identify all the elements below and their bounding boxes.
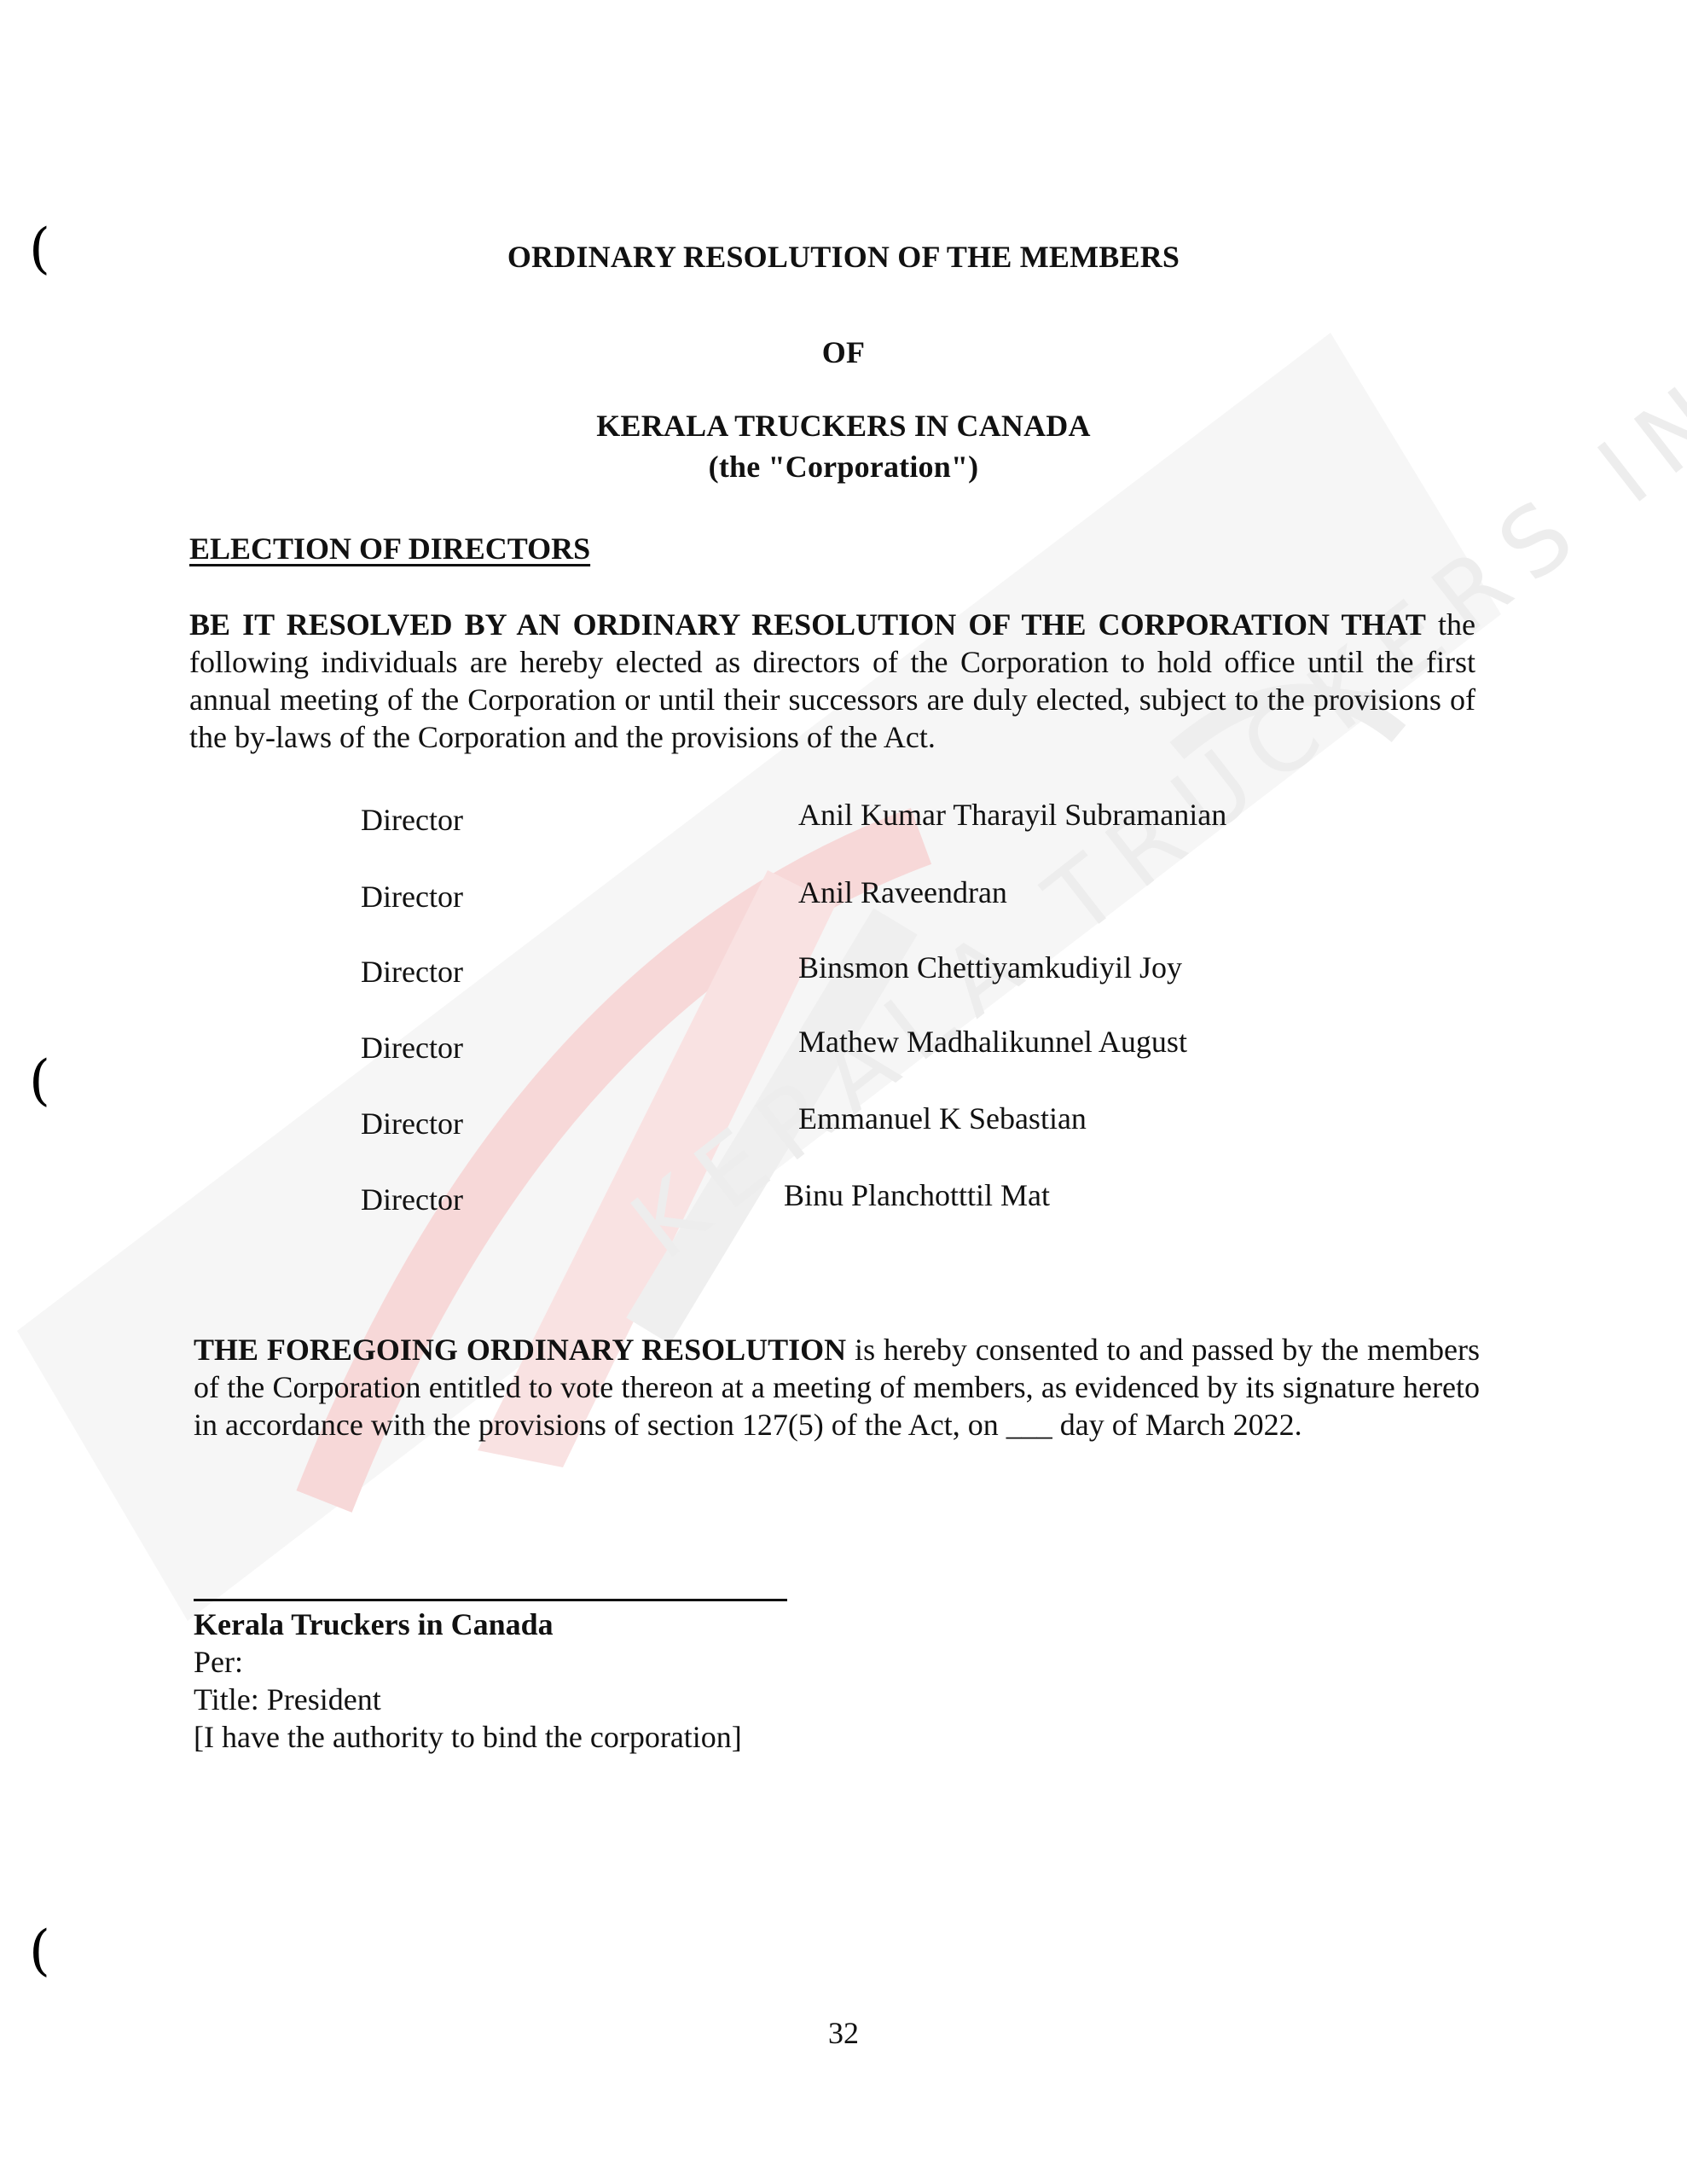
- director-name: Mathew Madhalikunnel August: [798, 1024, 1187, 1060]
- signature-line: [194, 1599, 787, 1601]
- corporation-alias: (the "Corporation"): [0, 449, 1687, 485]
- watermark-logo-icon: KERALA TRUCKERS IN CANADA: [0, 0, 1687, 2184]
- document-title-of: OF: [0, 334, 1687, 370]
- director-name: Emmanuel K Sebastian: [798, 1101, 1087, 1136]
- document-title: ORDINARY RESOLUTION OF THE MEMBERS: [0, 239, 1687, 275]
- document-page: KERALA TRUCKERS IN CANADA ( ( ( ORDINARY…: [0, 0, 1687, 2184]
- page-number: 32: [0, 2015, 1687, 2051]
- scan-mark-middle: (: [29, 1049, 50, 1112]
- director-role: Director: [361, 1030, 463, 1066]
- director-name: Binu Planchotttil Mat: [784, 1177, 1050, 1213]
- consent-paragraph: THE FOREGOING ORDINARY RESOLUTION is her…: [194, 1331, 1480, 1443]
- signature-per: Per:: [194, 1643, 243, 1681]
- director-role: Director: [361, 802, 463, 838]
- section-heading: ELECTION OF DIRECTORS: [189, 531, 590, 566]
- signature-entity: Kerala Truckers in Canada: [194, 1606, 554, 1643]
- corporation-name: KERALA TRUCKERS IN CANADA: [0, 408, 1687, 444]
- director-name: Anil Raveendran: [798, 874, 1007, 910]
- resolution-paragraph: BE IT RESOLVED BY AN ORDINARY RESOLUTION…: [189, 606, 1475, 756]
- signature-authority: [I have the authority to bind the corpor…: [194, 1718, 742, 1756]
- scan-mark-bottom: (: [29, 1920, 50, 1983]
- director-role: Director: [361, 1182, 463, 1217]
- director-role: Director: [361, 879, 463, 915]
- director-name: Anil Kumar Tharayil Subramanian: [798, 797, 1226, 833]
- resolution-lead: BE IT RESOLVED BY AN ORDINARY RESOLUTION…: [189, 607, 1426, 642]
- director-name: Binsmon Chettiyamkudiyil Joy: [798, 950, 1182, 985]
- signature-title: Title: President: [194, 1681, 381, 1718]
- director-role: Director: [361, 954, 463, 990]
- director-role: Director: [361, 1106, 463, 1141]
- consent-lead: THE FOREGOING ORDINARY RESOLUTION: [194, 1333, 846, 1367]
